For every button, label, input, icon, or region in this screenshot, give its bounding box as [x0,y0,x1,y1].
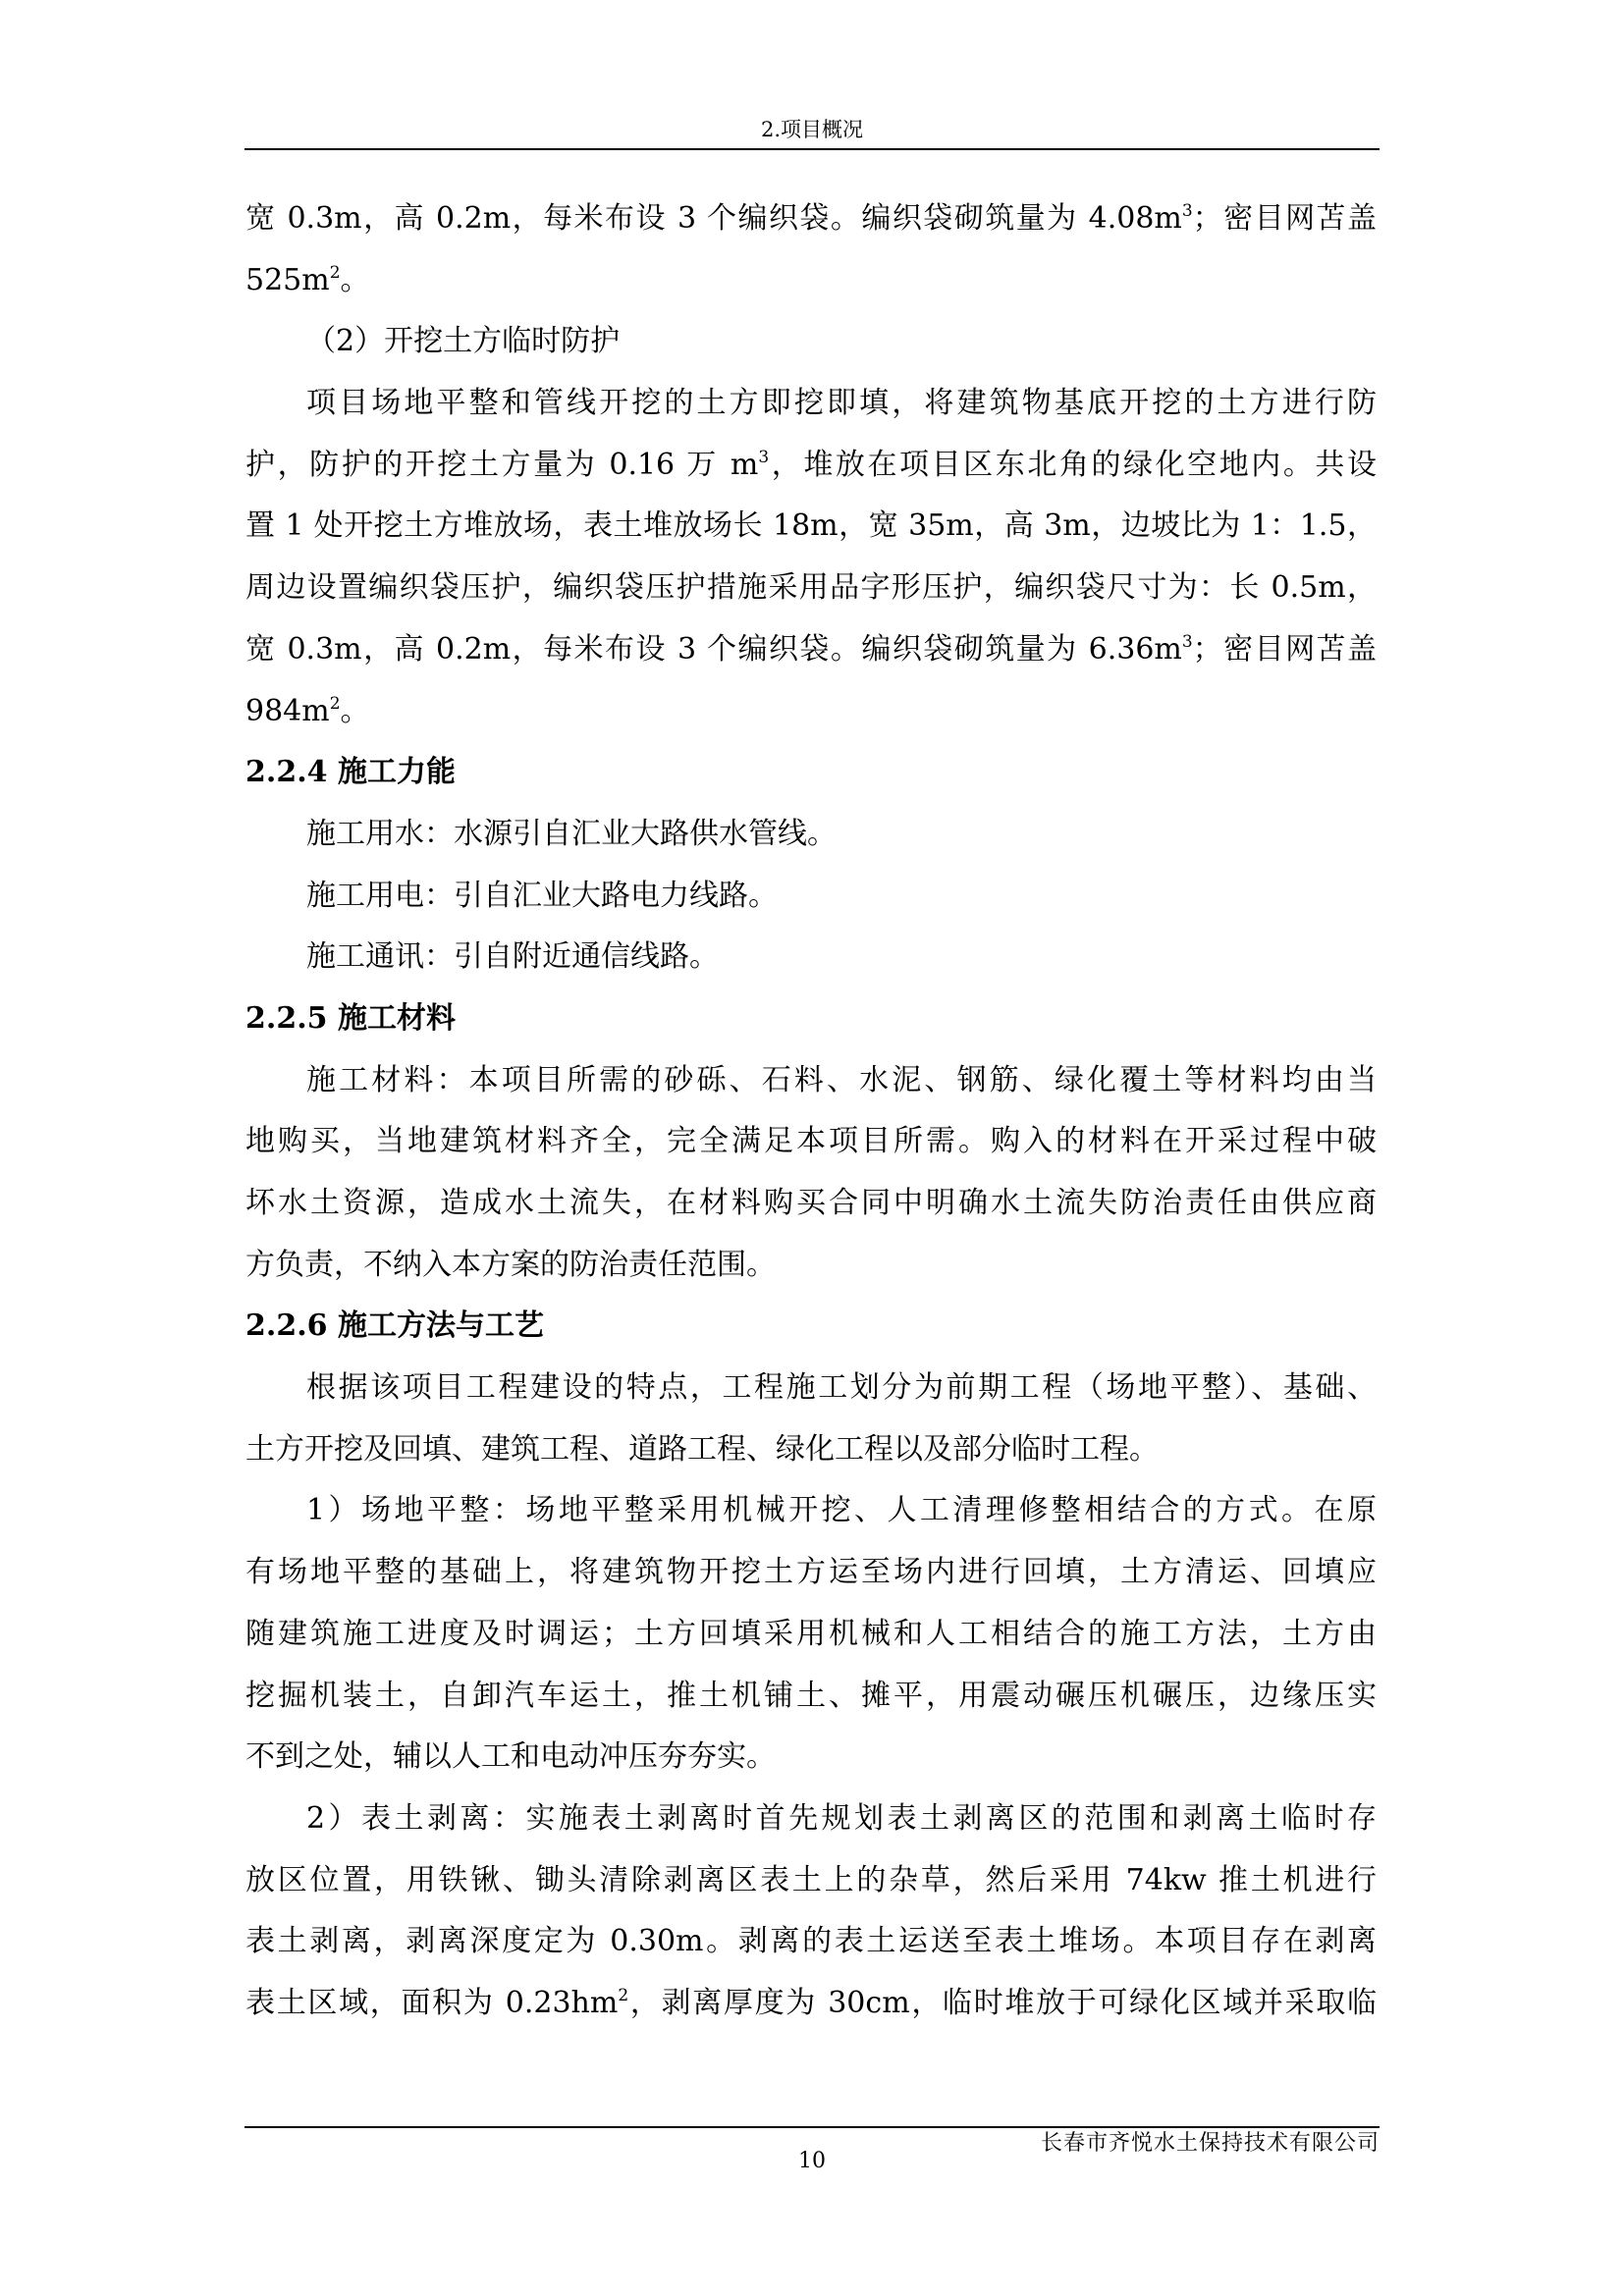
text-line: 施工材料：本项目所需的砂砾、石料、水泥、钢筋、绿化覆土等材料均由当 [245,1056,1377,1118]
text-line: 随建筑施工进度及时调运；土方回填采用机械和人工相结合的施工方法，土方由 [245,1610,1377,1672]
text-line: 护，防护的开挖土方量为 0.16 万 m3，堆放在项目区东北角的绿化空地内。共设 [245,441,1377,503]
text-line: 方负责，不纳入本方案的防治责任范围。 [245,1241,1377,1303]
text-line: 施工通讯：引自附近通信线路。 [245,933,1377,994]
text-line: 宽 0.3m，高 0.2m，每米布设 3 个编织袋。编织袋砌筑量为 4.08m3… [245,194,1377,256]
section-heading: 2.2.5 施工材料 [245,994,1377,1056]
text-line: 宽 0.3m，高 0.2m，每米布设 3 个编织袋。编织袋砌筑量为 6.36m3… [245,625,1377,687]
header-rule [244,148,1380,150]
text-line: 有场地平整的基础上，将建筑物开挖土方运至场内进行回填，土方清运、回填应 [245,1548,1377,1610]
footer-rule [244,2126,1380,2128]
text-line: 坏水土资源，造成水土流失，在材料购买合同中明确水土流失防治责任由供应商 [245,1179,1377,1241]
text-line: 1）场地平整：场地平整采用机械开挖、人工清理修整相结合的方式。在原 [245,1486,1377,1548]
text-line: 周边设置编织袋压护，编织袋压护措施采用品字形压护，编织袋尺寸为：长 0.5m， [245,563,1377,625]
text-line: 项目场地平整和管线开挖的土方即挖即填，将建筑物基底开挖的土方进行防 [245,379,1377,441]
text-line: （2）开挖土方临时防护 [245,317,1377,379]
text-line: 表土剥离，剥离深度定为 0.30m。剥离的表土运送至表土堆场。本项目存在剥离 [245,1917,1377,1979]
section-heading: 2.2.4 施工力能 [245,748,1377,810]
text-line: 根据该项目工程建设的特点，工程施工划分为前期工程（场地平整）、基础、 [245,1363,1377,1425]
text-line: 地购买，当地建筑材料齐全，完全满足本项目所需。购入的材料在开采过程中破 [245,1117,1377,1179]
text-line: 土方开挖及回填、建筑工程、道路工程、绿化工程以及部分临时工程。 [245,1425,1377,1487]
document-page: 2.项目概况 宽 0.3m，高 0.2m，每米布设 3 个编织袋。编织袋砌筑量为… [0,0,1624,2296]
text-line: 表土区域，面积为 0.23hm2，剥离厚度为 30cm，临时堆放于可绿化区域并采… [245,1979,1377,2041]
body-text: 宽 0.3m，高 0.2m，每米布设 3 个编织袋。编织袋砌筑量为 4.08m3… [245,194,1377,2041]
text-line: 984m2。 [245,687,1377,749]
text-line: 525m2。 [245,256,1377,318]
text-line: 施工用电：引自汇业大路电力线路。 [245,872,1377,934]
page-number: 10 [0,2148,1624,2175]
text-line: 挖掘机装土，自卸汽车运土，推土机铺土、摊平，用震动碾压机碾压，边缘压实 [245,1672,1377,1734]
text-line: 2）表土剥离：实施表土剥离时首先规划表土剥离区的范围和剥离土临时存 [245,1794,1377,1856]
text-line: 施工用水：水源引自汇业大路供水管线。 [245,810,1377,872]
running-header: 2.项目概况 [244,116,1380,143]
text-line: 放区位置，用铁锹、锄头清除剥离区表土上的杂草，然后采用 74kw 推土机进行 [245,1856,1377,1918]
text-line: 置 1 处开挖土方堆放场，表土堆放场长 18m，宽 35m，高 3m，边坡比为 … [245,502,1377,563]
text-line: 不到之处，辅以人工和电动冲压夯夯实。 [245,1733,1377,1794]
section-heading: 2.2.6 施工方法与工艺 [245,1302,1377,1363]
